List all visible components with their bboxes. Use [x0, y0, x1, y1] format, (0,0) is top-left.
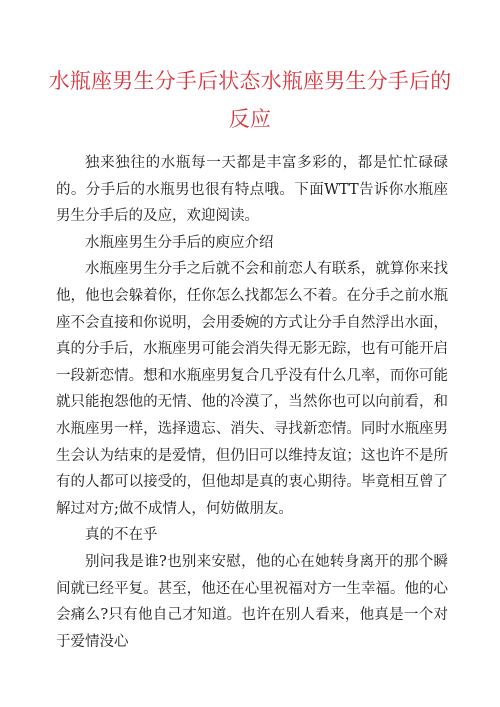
document-title: 水瓶座男生分手后状态水瓶座男生分手后的反应 [40, 62, 460, 138]
document-body: 独来独往的水瓶每一天都是丰富多彩的，都是忙忙碌碌的。分手后的水瓶男也很有特点哦。… [56, 150, 448, 655]
paragraph-reaction: 水瓶座男生分手之后就不会和前恋人有联系，就算你来找他，他也会躲着你，任你怎么找都… [56, 256, 448, 522]
paragraph-intro: 独来独往的水瓶每一天都是丰富多彩的，都是忙忙碌碌的。分手后的水瓶男也很有特点哦。… [56, 150, 448, 230]
paragraph-dont-care: 别问我是谁?也别来安慰，他的心在她转身离开的那个瞬间就已经平复。甚至，他还在心里… [56, 549, 448, 655]
section-heading-dont-care: 真的不在乎 [56, 522, 448, 549]
section-heading-reaction: 水瓶座男生分手后的庾应介绍 [56, 230, 448, 257]
document-page: 水瓶座男生分手后状态水瓶座男生分手后的反应 独来独往的水瓶每一天都是丰富多彩的，… [0, 0, 500, 707]
